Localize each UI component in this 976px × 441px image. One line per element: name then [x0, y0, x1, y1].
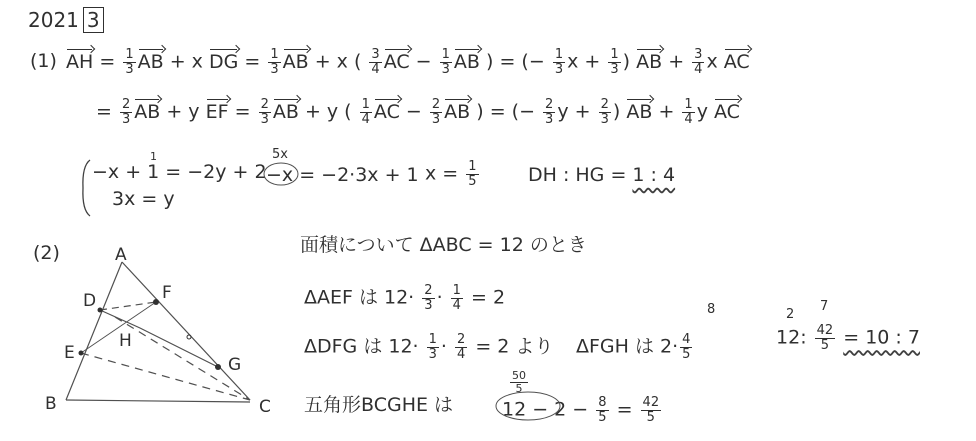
point-b-label: B	[45, 396, 57, 413]
point-f-label: F	[162, 285, 172, 302]
vector-ah: AH	[66, 53, 93, 72]
year-heading: 20213	[28, 10, 104, 30]
equation-line-1: AH = 13AB + x DG = 13AB + x ( 34AC − 13A…	[66, 48, 750, 76]
part1-label: (1)	[30, 52, 57, 71]
point-c-label: C	[259, 399, 271, 416]
area-dfg: ΔDFG は 12· 13· 24 = 2 より	[304, 333, 553, 361]
brace-icon	[80, 158, 92, 218]
point-e-label: E	[64, 345, 75, 362]
problem-number-box: 3	[83, 7, 104, 33]
annotation-7: 7	[820, 300, 828, 313]
area-intro: 面積について ΔABC = 12 のとき	[300, 236, 587, 255]
ratio-calc: 12: 425 = 10 : 7	[776, 324, 920, 352]
pentagon-label: 五角形BCGHE は	[304, 396, 453, 415]
system-eq1: −x + 1 = −2y + 2	[92, 163, 267, 182]
result-x: x = 15	[425, 160, 481, 188]
point-d-label: D	[83, 293, 96, 310]
system-eq2: 3x = y	[112, 190, 175, 209]
circle-mark-icon	[494, 389, 564, 423]
area-aef: ΔAEF は 12· 23· 14 = 2	[304, 284, 505, 312]
point-a-label: A	[115, 247, 127, 264]
annotation-2: 2	[786, 308, 794, 321]
triangle-diagram	[20, 240, 280, 440]
answer-part1: DH : HG = 1 : 4	[528, 166, 675, 185]
equation-line-2: = 23AB + y EF = 23AB + y ( 14AC − 23AB )…	[96, 98, 740, 126]
point-g-label: G	[228, 357, 241, 374]
point-h-label: H	[119, 333, 132, 350]
area-fgh: ΔFGH は 2·45	[576, 333, 694, 361]
answer-value: 1 : 4	[632, 164, 675, 186]
answer-label: DH : HG =	[528, 164, 626, 186]
fraction: 13	[123, 48, 135, 76]
year: 2021	[28, 8, 79, 32]
annotation-8: 8	[707, 303, 715, 316]
circle-mark-icon	[262, 160, 302, 188]
